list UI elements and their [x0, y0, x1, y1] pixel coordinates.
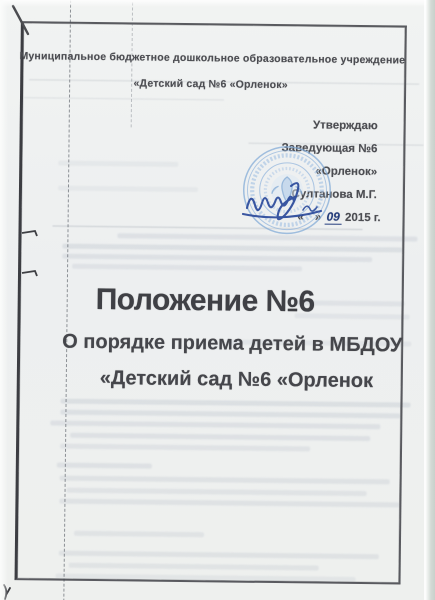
scan-edge-top — [0, 0, 435, 7]
scan-edge-right — [426, 0, 435, 600]
date-year: 2015 г. — [345, 212, 381, 224]
document-title: Положение №6 — [0, 282, 414, 321]
approval-word: Утверждаю — [313, 119, 378, 132]
scan-edge-left — [0, 0, 8, 600]
official-stamp-icon — [239, 143, 334, 238]
document-subtitle-line1: О порядке приема детей в МБДОУ — [62, 331, 402, 358]
scanned-page: Муниципальное бюджетное дошкольное образ… — [0, 0, 435, 600]
document-subtitle-line2: «Детский сад №6 «Орленок — [100, 367, 374, 393]
